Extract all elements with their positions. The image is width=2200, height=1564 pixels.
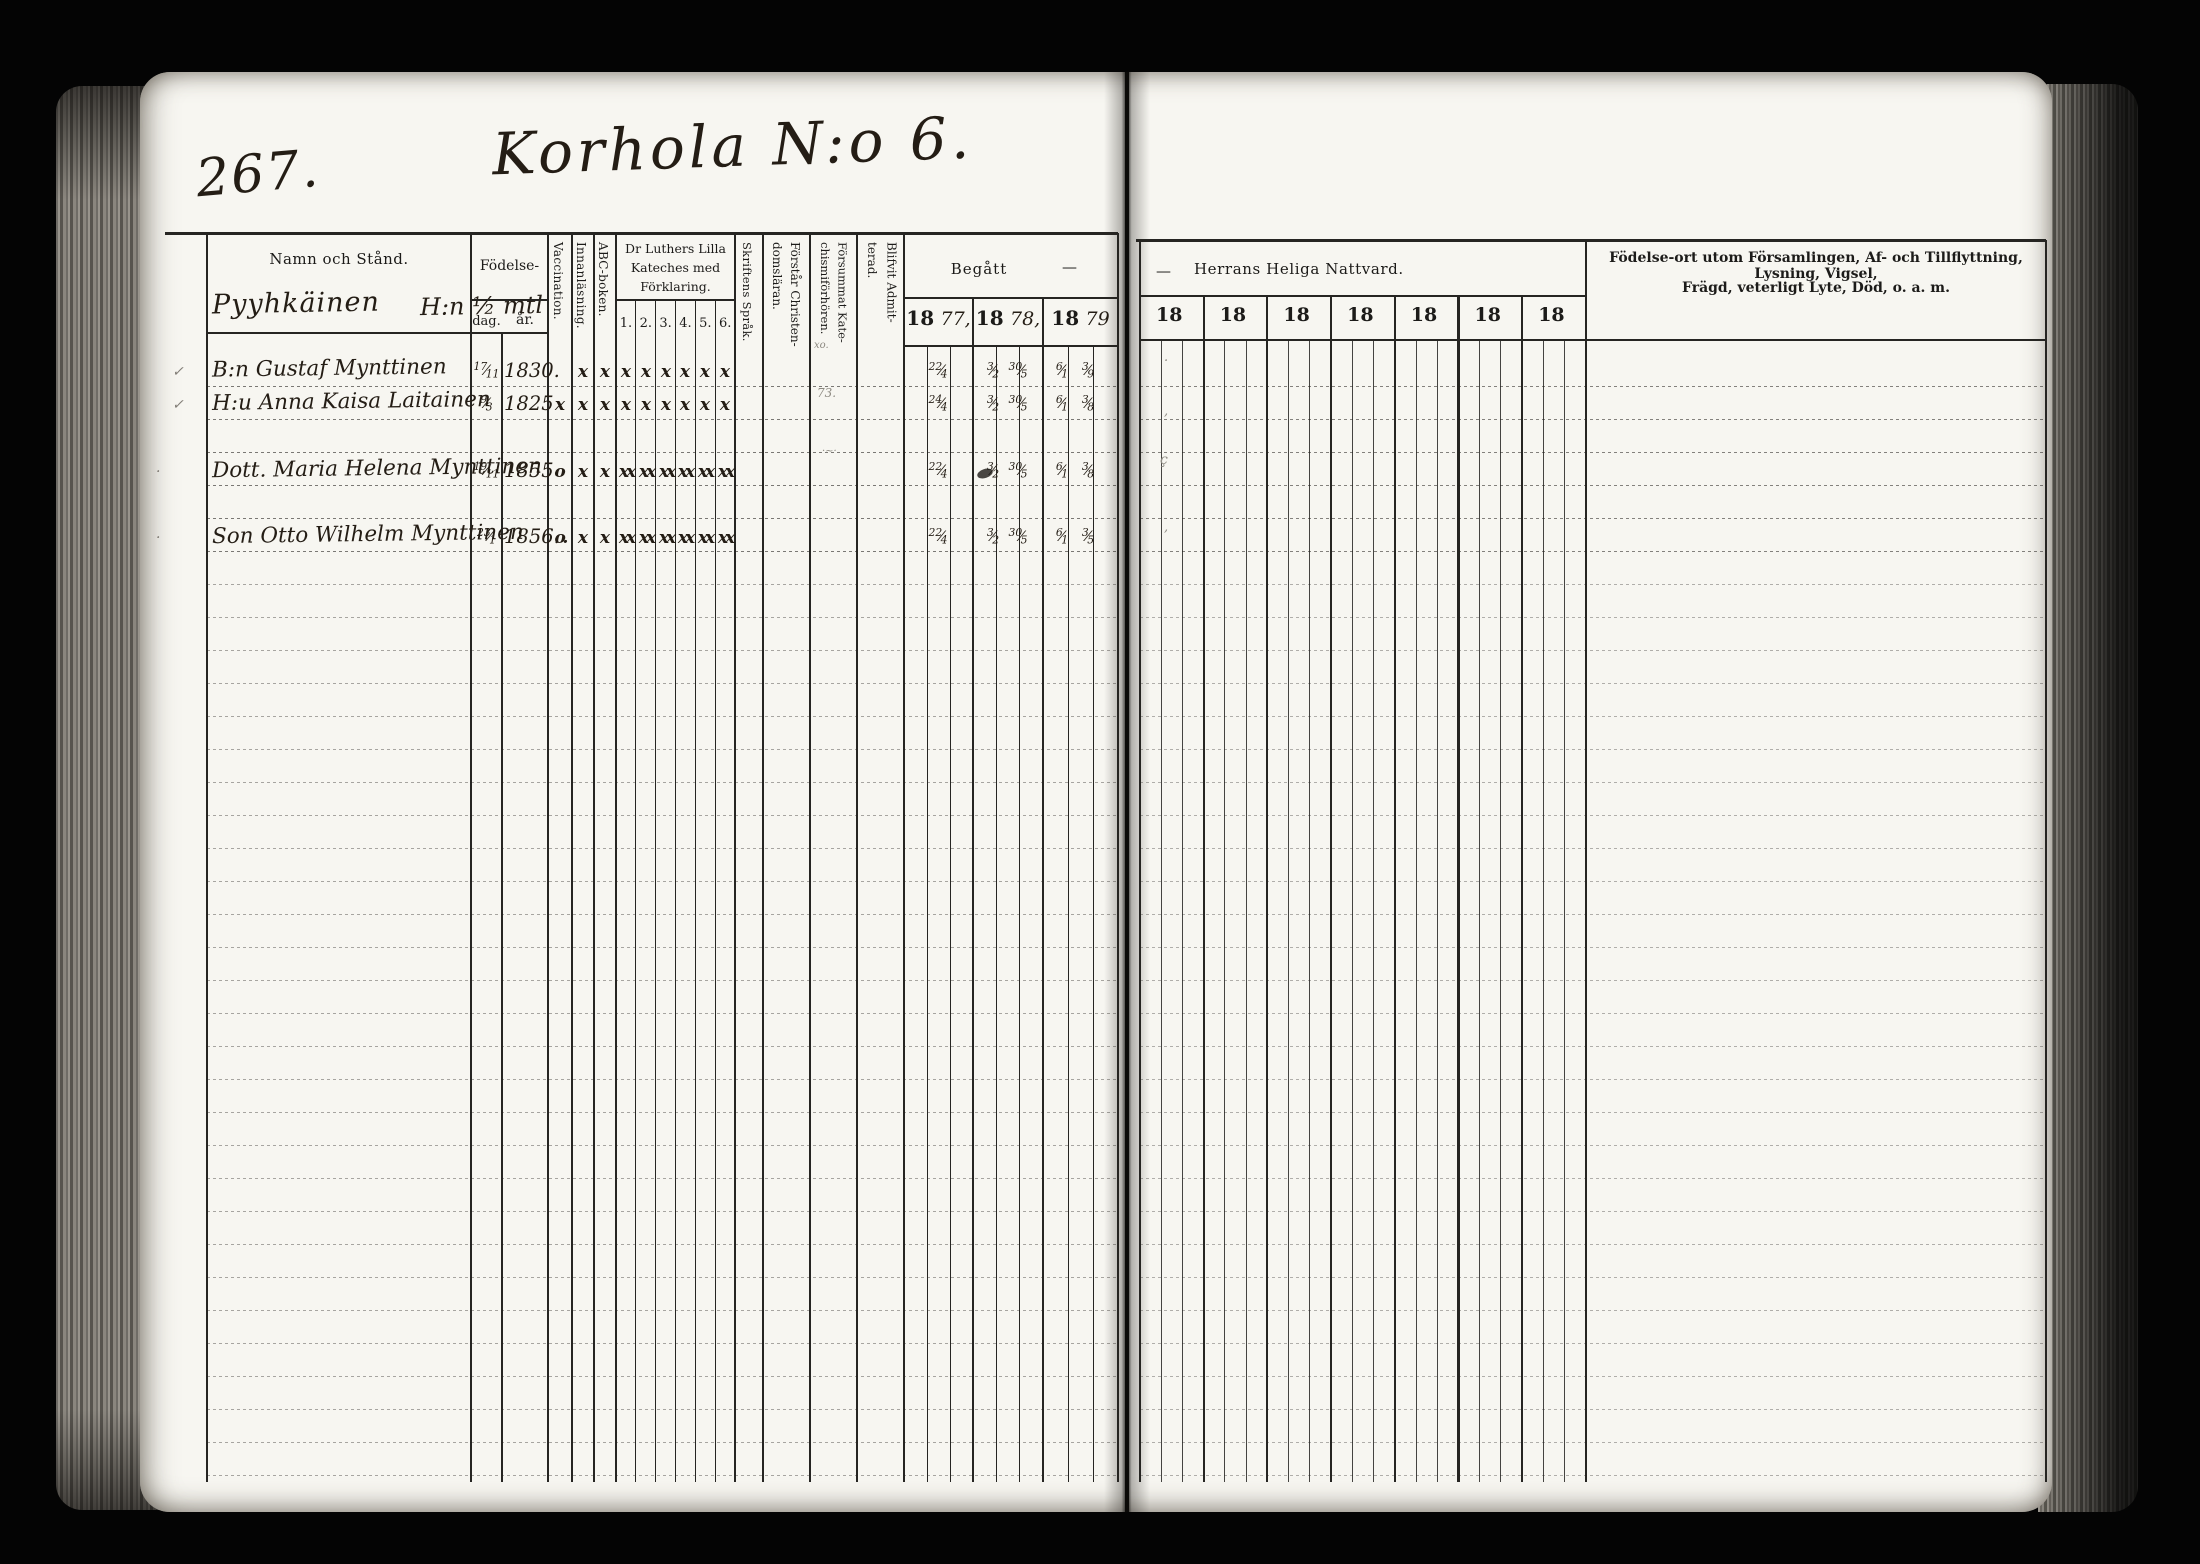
ruled-line [1140, 1277, 2046, 1278]
ruled-line [1140, 1442, 2046, 1443]
communion-date-1879: 3⁄8 [1073, 393, 1103, 414]
rule-vertical [571, 233, 572, 1482]
ledger-sheet: 267. Korhola N:o 6. Namn och Stånd. Föde… [0, 0, 2200, 1564]
ruled-line [1140, 683, 2046, 684]
ruled-line [207, 980, 1118, 981]
ruled-line [207, 518, 1118, 519]
margin-mark: · [156, 530, 160, 546]
column-header-forsummat-katechismiforhoren: Försummat Kate- chismiförhören. [815, 242, 851, 343]
ruled-line [1140, 848, 2046, 849]
pencil-note: , [1164, 520, 1168, 535]
ruled-line [207, 584, 1118, 585]
attainment-mark: x [615, 395, 637, 415]
rule-vertical [470, 233, 471, 1482]
pencil-note: xo. [814, 340, 829, 351]
attainment-mark: x [694, 362, 716, 382]
ruled-line [207, 881, 1118, 882]
margin-mark: ✓ [172, 397, 184, 413]
attainment-mark: x [572, 362, 594, 382]
ruled-line [207, 1046, 1118, 1047]
column-header-abc-boken: ABC-boken. [596, 242, 610, 317]
ruled-line [1140, 749, 2046, 750]
attainment-mark: x [674, 395, 696, 415]
household-tenure: H:n ½ mtl [420, 291, 544, 321]
pencil-note: ·~· [822, 446, 837, 457]
ruled-line [1140, 1376, 2046, 1377]
attainment-mark: x [714, 395, 736, 415]
ruled-line [207, 848, 1118, 849]
ruled-line [1140, 617, 2046, 618]
year-label-written: 18 78, [973, 306, 1043, 330]
attainment-mark: x [594, 395, 616, 415]
page-title: Korhola N:o 6. [491, 104, 974, 189]
communion-date-1878: 30⁄5 [1003, 393, 1033, 414]
ruled-line [1140, 452, 2046, 453]
rule-horizontal [616, 299, 735, 300]
column-header-forstar-christendomslaran: Förstår Christen- domsläran. [768, 242, 804, 347]
year-label-blank: 18 [1411, 304, 1437, 326]
communion-date-1877: 22⁄4 [916, 526, 960, 547]
year-label-blank: 18 [1475, 304, 1501, 326]
ruled-line [1140, 1046, 2046, 1047]
ruled-line [207, 1211, 1118, 1212]
rule-vertical [1457, 296, 1459, 1482]
rule-horizontal [904, 297, 1118, 299]
ruled-line [1140, 584, 2046, 585]
year-label-blank: 18 [1283, 304, 1309, 326]
rule-vertical [1330, 296, 1332, 1482]
begatt-dash-left: — [1062, 258, 1077, 276]
ruled-line [1140, 650, 2046, 651]
ruled-line [207, 1145, 1118, 1146]
ruled-line [207, 1277, 1118, 1278]
column-header-skriftens-sprak: Skriftens Språk. [740, 242, 754, 342]
ruled-line [1140, 1211, 2046, 1212]
attainment-mark: xx [714, 462, 736, 482]
rule-vertical [593, 233, 594, 1482]
ruled-line [1140, 386, 2046, 387]
ruled-line [1140, 1079, 2046, 1080]
year-label-blank: 18 [1156, 304, 1182, 326]
page-number: 267. [194, 139, 323, 210]
communion-date-1878: 30⁄5 [1003, 360, 1033, 381]
rule-horizontal [165, 232, 1118, 235]
attainment-mark: x [594, 362, 616, 382]
communion-date-1879: 3⁄5 [1073, 526, 1103, 547]
ruled-line [207, 815, 1118, 816]
attainment-mark: x [635, 395, 657, 415]
year-label-blank: 18 [1220, 304, 1246, 326]
column-header-nattvard: Herrans Heliga Nattvard. [1194, 260, 1404, 278]
kateches-subcolumn-label: 5. [695, 316, 715, 331]
entry-birth-year: 1830. [504, 359, 560, 382]
attainment-mark: x [572, 395, 594, 415]
year-label-written: 18 77, [904, 306, 973, 330]
rule-horizontal [1586, 339, 2046, 341]
entry-birth-year: 1825 [504, 392, 554, 415]
communion-date-1878: 30⁄5 [1003, 460, 1033, 481]
column-header-namn: Namn och Stånd. [207, 250, 471, 268]
attainment-mark: x [594, 528, 616, 548]
ruled-line [207, 551, 1118, 552]
year-label-written: 18 79 [1043, 306, 1118, 330]
ruled-line [207, 914, 1118, 915]
rule-vertical [1203, 296, 1205, 1482]
rule-vertical [1266, 296, 1268, 1482]
margin-mark: · [156, 464, 160, 480]
communion-date-1878: 30⁄5 [1003, 526, 1033, 547]
attainment-mark: x [615, 362, 637, 382]
ruled-line [1140, 782, 2046, 783]
ruled-line [1140, 1145, 2046, 1146]
ruled-line [1140, 518, 2046, 519]
ruled-line [1140, 1013, 2046, 1014]
rule-horizontal [904, 345, 1118, 346]
entry-name: B:n Gustaf Mynttinen [212, 354, 447, 382]
rule-vertical [1585, 240, 1588, 1482]
rule-vertical [903, 233, 905, 1482]
column-header-begatt: Begått [904, 260, 1054, 278]
ruled-line [1140, 1409, 2046, 1410]
rule-vertical [1139, 240, 1142, 1482]
ruled-line [1140, 1343, 2046, 1344]
ruled-line [207, 1409, 1118, 1410]
year-label-blank: 18 [1538, 304, 1564, 326]
ruled-line [1140, 881, 2046, 882]
column-header-fodelseort-line2: Frägd, veterligt Lyte, Död, o. a. m. [1594, 280, 2038, 296]
ruled-line [207, 749, 1118, 750]
attainment-mark: o [549, 462, 571, 482]
attainment-mark: x [572, 528, 594, 548]
nattvard-dash-right: — [1156, 262, 1171, 280]
ruled-line [207, 947, 1118, 948]
church-record-book-scan: 267. Korhola N:o 6. Namn och Stånd. Föde… [0, 0, 2200, 1564]
attainment-mark: x [674, 362, 696, 382]
entry-birth-day: 17⁄11 [471, 360, 502, 381]
attainment-mark: x [572, 462, 594, 482]
rule-vertical [615, 233, 616, 1482]
kateches-subcolumn-label: 3. [656, 316, 676, 331]
attainment-mark: o. [549, 528, 571, 548]
rule-horizontal [1140, 339, 1586, 340]
attainment-mark: x [635, 362, 657, 382]
kateches-subcolumn-label: 2. [636, 316, 656, 331]
ruled-line [207, 716, 1118, 717]
attainment-mark: xx [674, 528, 696, 548]
ruled-line [1140, 716, 2046, 717]
attainment-mark: xx [694, 528, 716, 548]
margin-mark: ✓ [172, 364, 184, 380]
ruled-line [207, 419, 1118, 420]
rule-horizontal [207, 332, 548, 334]
column-header-vaccination: Vaccination. [551, 242, 565, 320]
ruled-line [1140, 947, 2046, 948]
ruled-line [207, 1376, 1118, 1377]
column-header-kateches: Dr Luthers Lilla Kateches med Förklaring… [618, 240, 733, 296]
communion-date-1877: 22⁄4 [916, 460, 960, 481]
attainment-mark: x [714, 362, 736, 382]
rule-vertical [206, 233, 209, 1482]
attainment-mark: xx [674, 462, 696, 482]
communion-date-1877: 24⁄4 [916, 393, 960, 414]
ruled-line [1140, 1112, 2046, 1113]
rule-horizontal [471, 299, 548, 300]
ruled-line [1140, 485, 2046, 486]
ruled-line [207, 1079, 1118, 1080]
entry-birth-day: 23⁄1 [471, 526, 502, 547]
attainment-mark: xx [694, 462, 716, 482]
ruled-line [207, 1343, 1118, 1344]
attainment-mark: xx [714, 528, 736, 548]
pencil-note: , [1164, 404, 1168, 419]
rule-vertical [1117, 233, 1120, 1482]
rule-vertical [2045, 240, 2048, 1482]
pencil-note: . [1164, 350, 1168, 365]
rule-vertical [1394, 296, 1396, 1482]
ruled-line [207, 650, 1118, 651]
ruled-line [207, 386, 1118, 387]
ruled-line [207, 1442, 1118, 1443]
ruled-line [207, 683, 1118, 684]
communion-date-1877: 22⁄4 [916, 360, 960, 381]
ruled-line [207, 617, 1118, 618]
ruled-line [207, 485, 1118, 486]
entry-birth-day: 9⁄3 [471, 393, 502, 414]
column-header-fodelse: Födelse- [471, 258, 548, 274]
ruled-line [207, 1244, 1118, 1245]
rule-vertical [856, 233, 857, 1482]
rule-vertical [972, 298, 974, 1482]
kateches-subcolumn-label: 4. [676, 316, 696, 331]
entry-birth-day: 19⁄11 [471, 460, 502, 481]
ruled-line [1140, 1475, 2046, 1476]
rule-vertical [734, 233, 735, 1482]
ruled-line [1140, 551, 2046, 552]
attainment-mark: xx [615, 462, 637, 482]
rule-vertical [1521, 296, 1523, 1482]
ruled-line [207, 1475, 1118, 1476]
attainment-mark: x [549, 395, 571, 415]
ruled-line [1140, 1178, 2046, 1179]
entry-name: H:u Anna Kaisa Laitainen [212, 387, 491, 416]
ruled-line [1140, 980, 2046, 981]
year-label-blank: 18 [1347, 304, 1373, 326]
ruled-line [1140, 815, 2046, 816]
ruled-line [207, 1310, 1118, 1311]
attainment-mark: xx [635, 528, 657, 548]
ruled-line [207, 1178, 1118, 1179]
rule-vertical [547, 233, 548, 1482]
pencil-note: 73. [817, 386, 836, 400]
ruled-line [1140, 1310, 2046, 1311]
kateches-subcolumn-label: 1. [616, 316, 636, 331]
attainment-mark: xx [615, 528, 637, 548]
rule-vertical [762, 233, 763, 1482]
entry-birth-year: 1855 [504, 459, 554, 482]
attainment-mark: xx [635, 462, 657, 482]
kateches-subcolumn-label: 6. [715, 316, 735, 331]
communion-date-1879: 3⁄9 [1073, 360, 1103, 381]
rule-vertical [809, 233, 810, 1482]
ruled-line [207, 452, 1118, 453]
attainment-mark: x [594, 462, 616, 482]
household-name: Pyyhkäinen [212, 287, 380, 321]
attainment-mark: x [694, 395, 716, 415]
ruled-line [207, 1013, 1118, 1014]
rule-horizontal [1136, 239, 2046, 242]
pencil-note: ç [1160, 452, 1168, 468]
ruled-line [207, 1112, 1118, 1113]
column-header-innanlasning: Innanläsning. [574, 242, 588, 329]
rule-vertical [1042, 298, 1044, 1482]
ruled-line [1140, 1244, 2046, 1245]
column-header-blifvit-admitterad: Blifvit Admit- terad. [862, 242, 900, 323]
column-header-fodelseort-line1: Födelse-ort utom Församlingen, Af- och T… [1594, 250, 2038, 282]
ruled-line [1140, 914, 2046, 915]
communion-date-1879: 3⁄8 [1073, 460, 1103, 481]
ruled-line [1140, 419, 2046, 420]
rule-horizontal [1140, 295, 1586, 297]
ruled-line [207, 782, 1118, 783]
